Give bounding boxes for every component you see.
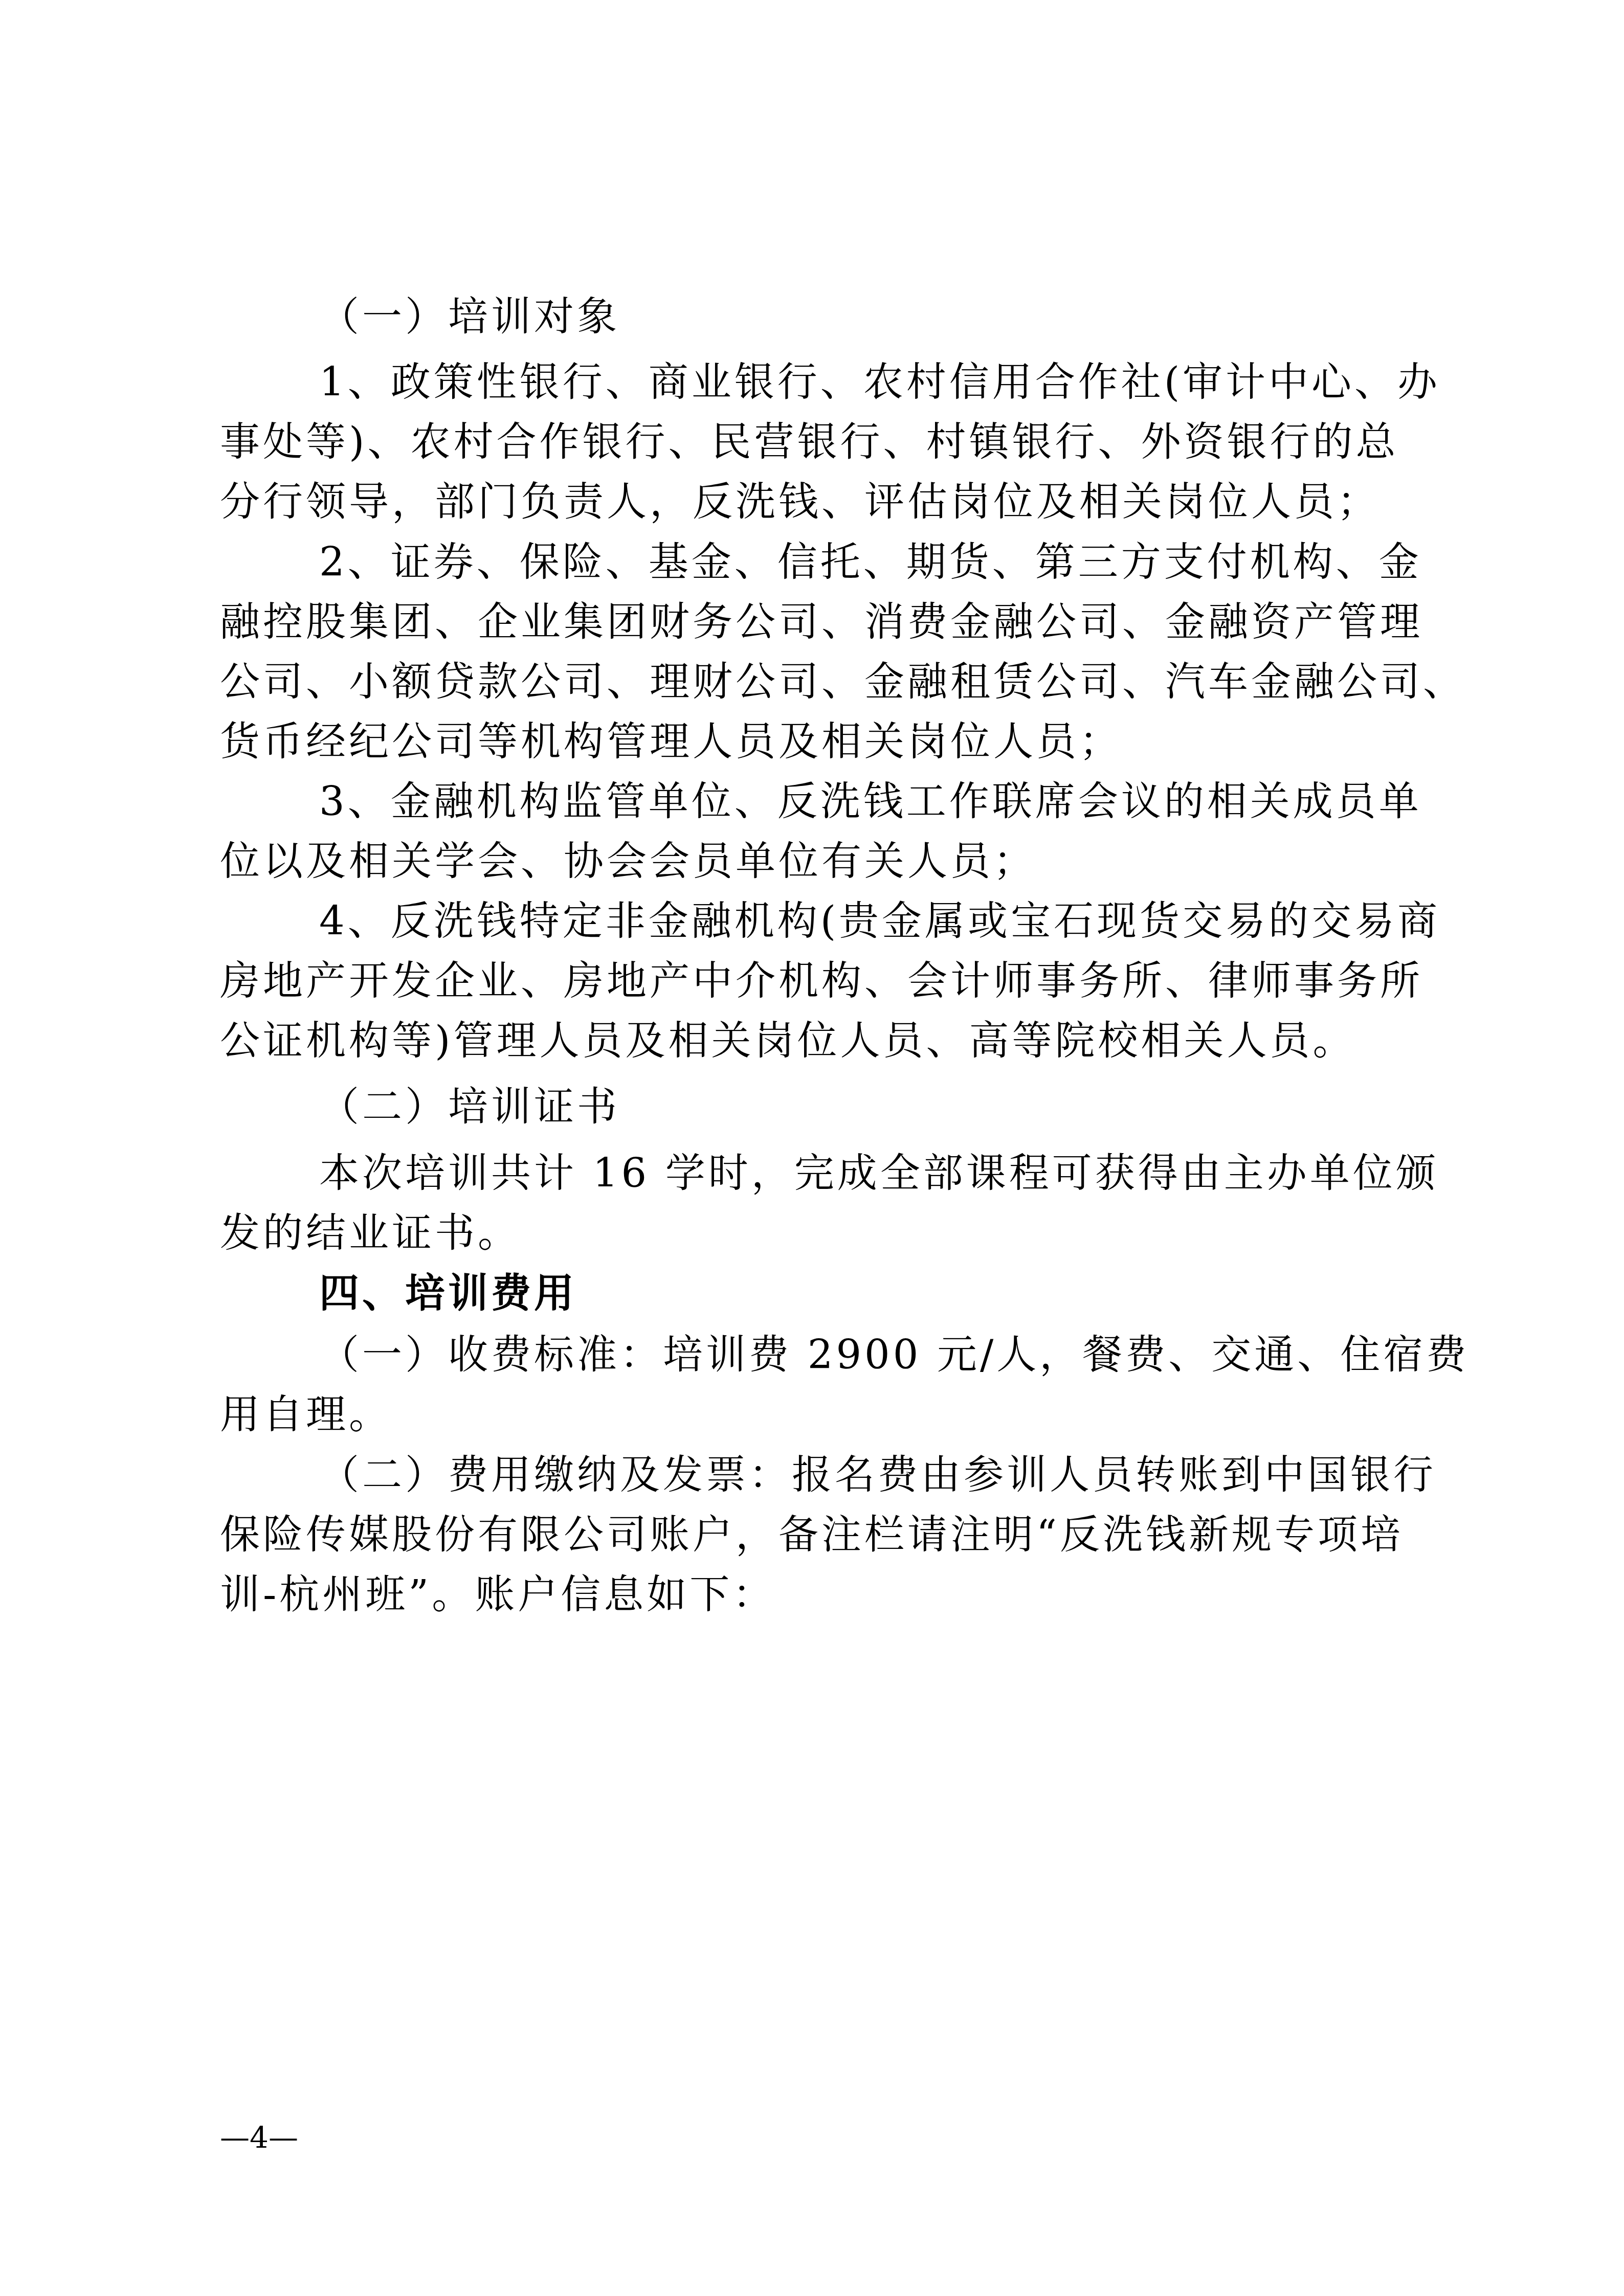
paragraph-line: 2、证券、保险、基金、信托、期货、第三方支付机构、金 <box>319 534 1422 591</box>
paragraph-line: 训-杭州班”。账户信息如下： <box>220 1567 775 1623</box>
page-number: —4— <box>220 2120 298 2155</box>
paragraph-line: 用自理。 <box>220 1387 392 1443</box>
document-page: （一）培训对象 1、政策性银行、商业银行、农村信用合作社(审计中心、办 事处等)… <box>0 0 1624 2296</box>
paragraph-line: 公司、小额贷款公司、理财公司、金融租赁公司、汽车金融公司、 <box>220 654 1466 710</box>
subsection-title-training-targets: （一）培训对象 <box>319 289 620 345</box>
paragraph-line: （一）收费标准：培训费 2900 元/人，餐费、交通、住宿费 <box>319 1327 1469 1383</box>
paragraph-line: 4、反洗钱特定非金融机构(贵金属或宝石现货交易的交易商 <box>319 893 1440 950</box>
paragraph-line: 保险传媒股份有限公司账户，备注栏请注明“反洗钱新规专项培 <box>220 1507 1404 1563</box>
paragraph-line: 事处等)、农村合作银行、民营银行、村镇银行、外资银行的总 <box>220 414 1398 470</box>
paragraph-line: 房地产开发企业、房地产中介机构、会计师事务所、律师事务所 <box>220 953 1423 1009</box>
paragraph-line: 本次培训共计 16 学时，完成全部课程可获得由主办单位颁 <box>319 1145 1439 1202</box>
paragraph-line: 位以及相关学会、协会会员单位有关人员； <box>220 834 1036 890</box>
paragraph-line: 融控股集团、企业集团财务公司、消费金融公司、金融资产管理 <box>220 594 1423 650</box>
subsection-title-training-certificate: （二）培训证书 <box>319 1079 620 1135</box>
paragraph-line: 公证机构等)管理人员及相关岗位人员、高等院校相关人员。 <box>220 1013 1355 1069</box>
section-title-training-fees: 四、培训费用 <box>319 1266 577 1322</box>
paragraph-line: 1、政策性银行、商业银行、农村信用合作社(审计中心、办 <box>319 354 1440 411</box>
paragraph-line: （二）费用缴纳及发票：报名费由参训人员转账到中国银行 <box>319 1447 1436 1503</box>
paragraph-line: 分行领导，部门负责人，反洗钱、评估岗位及相关岗位人员； <box>220 474 1380 530</box>
paragraph-line: 3、金融机构监管单位、反洗钱工作联席会议的相关成员单 <box>319 774 1422 830</box>
paragraph-line: 发的结业证书。 <box>220 1205 521 1262</box>
paragraph-line: 货币经纪公司等机构管理人员及相关岗位人员； <box>220 714 1122 770</box>
